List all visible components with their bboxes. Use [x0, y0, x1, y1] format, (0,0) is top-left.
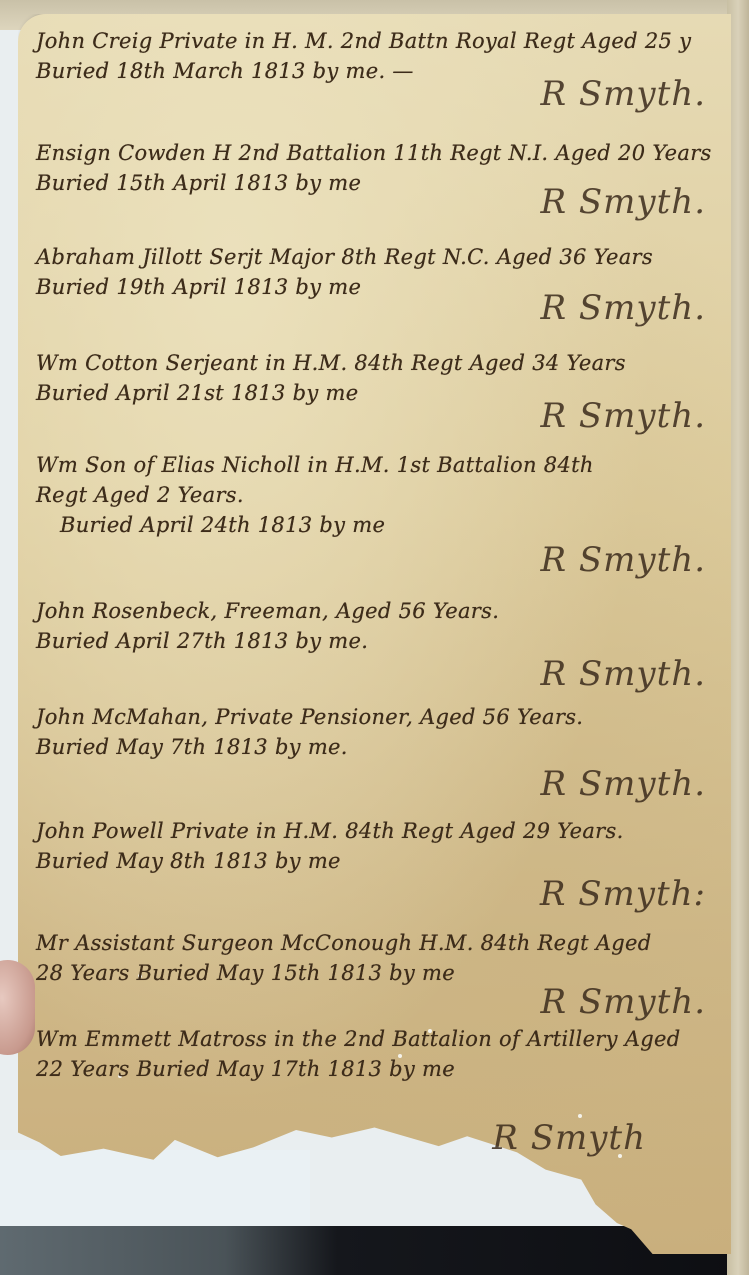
entry-line: Buried April 24th 1813 by me: [36, 510, 726, 540]
signature: R Smyth.: [540, 74, 706, 114]
entry-line: Wm Son of Elias Nicholl in H.M. 1st Batt…: [36, 430, 726, 480]
signature: R Smyth: [492, 1118, 646, 1158]
entry-line: Ensign Cowden H 2nd Battalion 11th Regt …: [36, 112, 726, 168]
entry-7: John McMahan, Private Pensioner, Aged 56…: [36, 688, 726, 798]
entry-line: Buried May 8th 1813 by me: [36, 846, 726, 876]
entry-4: Wm Cotton Serjeant in H.M. 84th Regt Age…: [36, 322, 726, 430]
entry-5: Wm Son of Elias Nicholl in H.M. 1st Batt…: [36, 430, 726, 580]
white-sheet-underlay: [0, 1150, 310, 1230]
entry-line: John Powell Private in H.M. 84th Regt Ag…: [36, 798, 726, 846]
entry-2: Ensign Cowden H 2nd Battalion 11th Regt …: [36, 112, 726, 216]
entry-line: Buried April 27th 1813 by me.: [36, 626, 726, 656]
entry-line: Wm Cotton Serjeant in H.M. 84th Regt Age…: [36, 322, 726, 378]
entry-3: Abraham Jillott Serjt Major 8th Regt N.C…: [36, 216, 726, 322]
entry-line: Abraham Jillott Serjt Major 8th Regt N.C…: [36, 216, 726, 272]
signature: R Smyth.: [540, 540, 706, 580]
entry-line: Mr Assistant Surgeon McConough H.M. 84th…: [36, 906, 726, 958]
entry-6: John Rosenbeck, Freeman, Aged 56 Years. …: [36, 580, 726, 688]
entry-1: John Creig Private in H. M. 2nd Battn Ro…: [36, 26, 726, 112]
entry-line: Wm Emmett Matross in the 2nd Battalion o…: [36, 1010, 726, 1054]
register-entries: John Creig Private in H. M. 2nd Battn Ro…: [36, 26, 726, 1160]
entry-line: John Rosenbeck, Freeman, Aged 56 Years.: [36, 580, 726, 626]
entry-8: John Powell Private in H.M. 84th Regt Ag…: [36, 798, 726, 906]
entry-9: Mr Assistant Surgeon McConough H.M. 84th…: [36, 906, 726, 1010]
entry-line: 22 Years Buried May 17th 1813 by me: [36, 1054, 726, 1084]
entry-line: Buried May 7th 1813 by me.: [36, 732, 726, 762]
entry-10: Wm Emmett Matross in the 2nd Battalion o…: [36, 1010, 726, 1160]
entry-line: Regt Aged 2 Years.: [36, 480, 726, 510]
entry-line: John McMahan, Private Pensioner, Aged 56…: [36, 688, 726, 732]
thumb: [0, 960, 35, 1055]
entry-line: John Creig Private in H. M. 2nd Battn Ro…: [36, 26, 726, 56]
